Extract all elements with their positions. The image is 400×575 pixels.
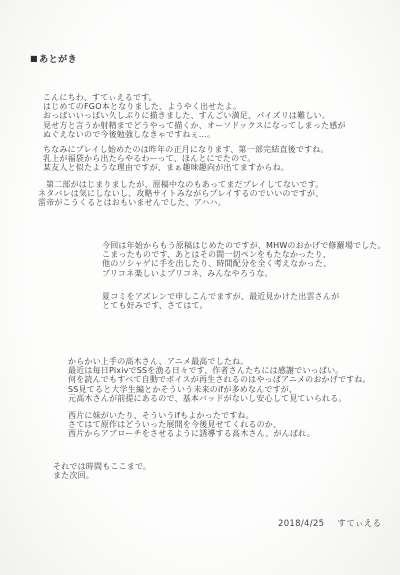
paragraph-closing: それでは時間もここまで。また次回。 xyxy=(53,462,151,480)
square-bullet-icon: ■ xyxy=(30,54,38,63)
paragraph-takagi-anime: からかい上手の高木さん、アニメ最高でしたね。最近は毎日PixivでSSを漁る日々… xyxy=(68,357,371,403)
text-line: こんにちわ、すてぃえるです。 xyxy=(43,93,346,102)
text-line: 西片に妹がいたり、そういうifもよかったですね。 xyxy=(68,411,315,420)
text-line: 元高木さんが前提にあるので、基本バッドがないし安心して見ていられる。 xyxy=(68,394,371,403)
text-line: 西片からアプローチをさせるように誘導する高木さん、がんばれ。 xyxy=(68,429,315,438)
section-header: ■ あとがき xyxy=(30,52,77,65)
afterword-page: ■ あとがき こんにちわ、すてぃえるです。はじめてのFGO本となりました、ようや… xyxy=(0,0,400,575)
text-line: 何を読んでもすべて自動でボイスが再生されるのはやっぱアニメのおかげですね。 xyxy=(68,375,371,384)
section-title: あとがき xyxy=(39,52,77,65)
signature-author: すてぃえる xyxy=(337,519,381,529)
text-line: 雷帝がこうくるとはおもいませんでした、アハハ。 xyxy=(38,198,323,207)
text-line: 他のソシャゲに手を出したり、時間配分を全く考えなかった、 xyxy=(102,259,386,268)
signature-date: 2018/4/25 xyxy=(278,519,324,529)
paragraph-natsucomi: 夏コミをアズレンで申しこんでますが、最近見かけた出雲さんがとても好みです、さては… xyxy=(102,292,339,310)
text-line: とても好みです、さてはて。 xyxy=(102,301,339,310)
text-line: ぬぐえないので今後勉強しなきゃですねぇ…。 xyxy=(43,130,346,139)
text-line: 夏コミをアズレンで申しこんでますが、最近見かけた出雲さんが xyxy=(102,292,339,301)
text-line: また次回。 xyxy=(53,471,151,480)
signature: 2018/4/25 すてぃえる xyxy=(278,517,381,529)
text-line: 第二部がはじまりましたが、原稿中なのもあってまだプレイしてないです。 xyxy=(38,180,323,189)
text-line: プリコネ楽しいよプリコネ、みんなやろうな。 xyxy=(102,269,386,278)
paragraph-takagi-hope: 西片に妹がいたり、そういうifもよかったですね。さてはて原作はどういった展開を今… xyxy=(68,411,315,439)
text-line: からかい上手の高木さん、アニメ最高でしたね。 xyxy=(68,357,371,366)
paragraph-fgo-part2: 第二部がはじまりましたが、原稿中なのもあってまだプレイしてないです。ネタバレは気… xyxy=(38,180,323,208)
text-line: SS見てると大学生編とかそういう未来のifが多めなんですが、 xyxy=(68,385,371,394)
text-line: 今回は年始からもう原稿はじめたのですが、MHWのおかげで修羅場でした。 xyxy=(102,241,386,250)
text-line: おっぱいいっぱい久しぶりに描きました、すんごい満足、パイズリは難しい。 xyxy=(43,111,346,120)
text-line: ちなみにプレイし始めたのは昨年の正月になります、第一部完結直後ですね。 xyxy=(43,145,329,154)
paragraph-fgo-start: ちなみにプレイし始めたのは昨年の正月になります、第一部完結直後ですね。乳上が福袋… xyxy=(43,145,329,173)
text-line: それでは時間もここまで。 xyxy=(53,462,151,471)
paragraph-greeting: こんにちわ、すてぃえるです。はじめてのFGO本となりました、ようやく出せたよ。お… xyxy=(43,93,346,139)
paragraph-mhw: 今回は年始からもう原稿はじめたのですが、MHWのおかげで修羅場でした。こまったも… xyxy=(102,241,386,278)
text-line: 某友人と似たような理由ですが、まぁ趣味趣向が出てますからね。 xyxy=(43,163,329,172)
text-line: 見せ方と言うか射精までどうやって描くか、オーソドックスになってしまった感が xyxy=(43,121,346,130)
